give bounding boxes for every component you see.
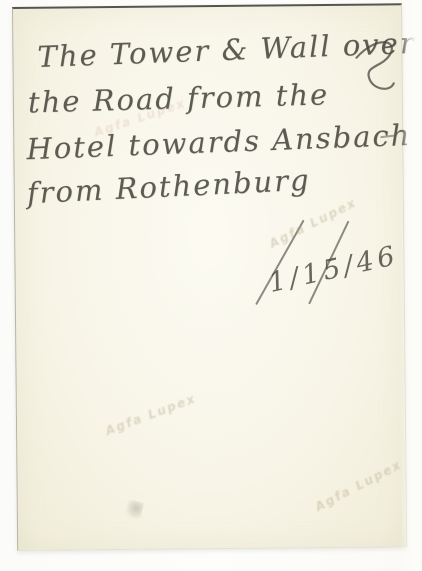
paper-brand-watermark: Agfa Lupex — [313, 457, 405, 514]
smudge-mark — [124, 499, 144, 522]
scanner-background: The Tower & Wall over the Road from the … — [0, 0, 422, 571]
pen-flourish-curve — [343, 29, 414, 105]
paper-brand-watermark: Agfa Lupex — [104, 391, 199, 438]
handwriting-caption-line-3: Hotel towards Ansbach — [26, 118, 412, 166]
photo-back-paper: The Tower & Wall over the Road from the … — [12, 3, 407, 551]
handwriting-caption-line-4: from Rothenburg — [26, 163, 311, 211]
